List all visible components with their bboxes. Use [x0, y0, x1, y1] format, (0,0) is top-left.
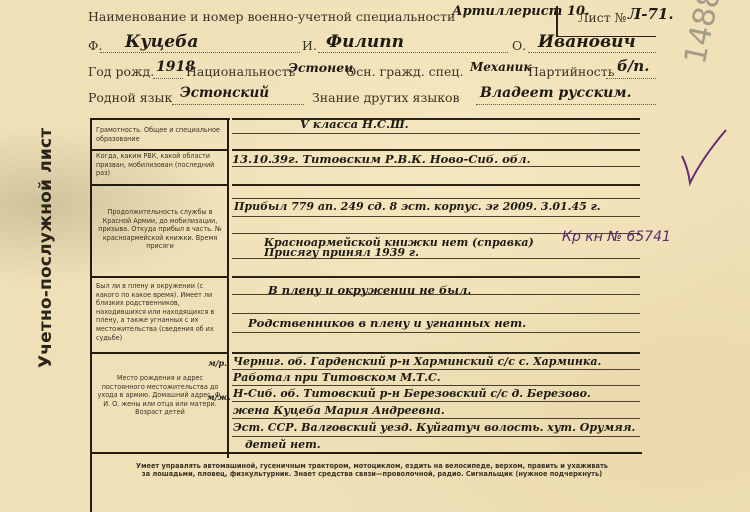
captivity-label: Был ли в плену и окружении (с какого по … — [96, 282, 224, 342]
ruled-line — [232, 133, 640, 134]
section-divider — [90, 452, 642, 454]
ruled-line — [232, 436, 640, 437]
address-entry-residence: Н-Сиб. об. Титовский р-н Березовский с/с… — [233, 387, 591, 400]
surname-label: Ф. — [88, 38, 102, 53]
specialty-value: Артиллерист 10. — [452, 4, 590, 19]
ruled-line — [232, 332, 640, 333]
other-lang-value: Владеет русским. — [480, 85, 631, 101]
sheet-number-value: Л-71. — [628, 5, 674, 23]
ruled-line — [232, 401, 640, 402]
ruled-line — [232, 369, 640, 370]
address-entry-children: детей нет. — [245, 438, 321, 451]
nationality-value: Эстонец — [288, 60, 354, 75]
specialty-label: Наименование и номер военно-учетной спец… — [88, 9, 455, 24]
birth-year-label: Год рожд. — [88, 64, 154, 79]
sheet-number-label: Лист № — [578, 10, 626, 25]
dotted-line — [100, 52, 300, 53]
skills-footer: Умеет управлять автомашиной, гусеничным … — [112, 462, 632, 478]
address-entry-wife: жена Куцеба Мария Андреевна. — [233, 404, 445, 417]
service-entry-oath: Присягу принял 1939 г. — [264, 246, 419, 259]
address-label: Место рождения и адрес постоянного место… — [96, 374, 224, 417]
education-label: Грамотность. Общее и специальное образов… — [96, 126, 224, 143]
native-lang-label: Родной язык — [88, 90, 172, 105]
section-divider — [90, 276, 228, 278]
native-lang-value: Эстонский — [180, 85, 269, 101]
ruled-line — [232, 166, 640, 167]
dotted-line — [528, 52, 656, 53]
ruled-line — [232, 313, 640, 314]
table-top-border — [90, 118, 230, 120]
service-entry-book-number: Кр кн № 65741 — [562, 229, 671, 245]
party-label: Партийность — [528, 64, 615, 79]
section-divider — [90, 352, 228, 354]
skills-footer-line-2: за лошадьми, пловец, физкультурник. Знае… — [112, 470, 632, 478]
residence-marker: м/ж. — [207, 392, 231, 402]
ruled-line — [232, 149, 640, 151]
ruled-line — [232, 352, 640, 354]
party-value: б/п. — [617, 57, 649, 75]
ruled-line — [232, 418, 640, 419]
nationality-label: Национальность — [186, 64, 295, 79]
skills-footer-line-1: Умеет управлять автомашиной, гусеничным … — [112, 462, 632, 470]
ruled-line — [232, 276, 640, 278]
dotted-line — [318, 52, 508, 53]
captivity-entry: В плену и окружении не был. — [268, 283, 471, 297]
civil-spec-label: Осн. гражд. спец. — [346, 64, 463, 79]
check-mark-icon — [680, 128, 730, 188]
ruled-line — [232, 118, 640, 120]
education-entry: V класса Н.С.Ш. — [300, 117, 409, 131]
other-lang-label: Знание других языков — [312, 90, 460, 105]
dotted-line — [476, 104, 656, 105]
dotted-line — [153, 78, 183, 79]
ruled-line — [232, 385, 640, 386]
ruled-line — [232, 216, 640, 217]
pencil-number-note: 1488 — [678, 0, 728, 67]
conscription-entry: 13.10.39г. Титовским Р.В.К. Ново-Сиб. об… — [232, 152, 530, 166]
name-label: И. — [302, 38, 317, 53]
document-vertical-title: Учетно-послужной лист — [36, 128, 56, 368]
ruled-line — [232, 184, 640, 186]
address-entry-home: Эст. ССР. Валговский уезд. Куйгатуч воло… — [233, 421, 635, 434]
patronymic-value: Иванович — [538, 32, 636, 52]
address-entry-work: Работал при Титовском М.Т.С. — [233, 371, 441, 384]
column-divider — [227, 118, 229, 458]
conscription-label: Когда, каким РВК, какой области призван,… — [96, 152, 224, 178]
specialty-row: Наименование и номер военно-учетной спец… — [88, 9, 455, 24]
address-entry-birthplace: Черниг. об. Гарденский р-н Харминский с/… — [233, 355, 601, 368]
service-label: Продолжительность службы в Красной Армии… — [96, 208, 224, 251]
service-entry-arrival: Прибыл 779 ап. 249 сд. 8 эст. корпус. эг… — [234, 200, 601, 213]
ruled-line — [232, 198, 640, 199]
patronymic-label: О. — [512, 38, 526, 53]
relatives-entry: Родственников в плену и угнанных нет. — [248, 316, 526, 330]
dotted-line — [606, 78, 656, 79]
dotted-line — [172, 104, 304, 105]
section-divider — [90, 184, 228, 186]
birthplace-marker: м/р. — [208, 358, 227, 368]
name-value: Филипп — [326, 32, 404, 52]
civil-spec-value: Механик — [470, 60, 531, 74]
surname-value: Куцеба — [125, 32, 198, 52]
